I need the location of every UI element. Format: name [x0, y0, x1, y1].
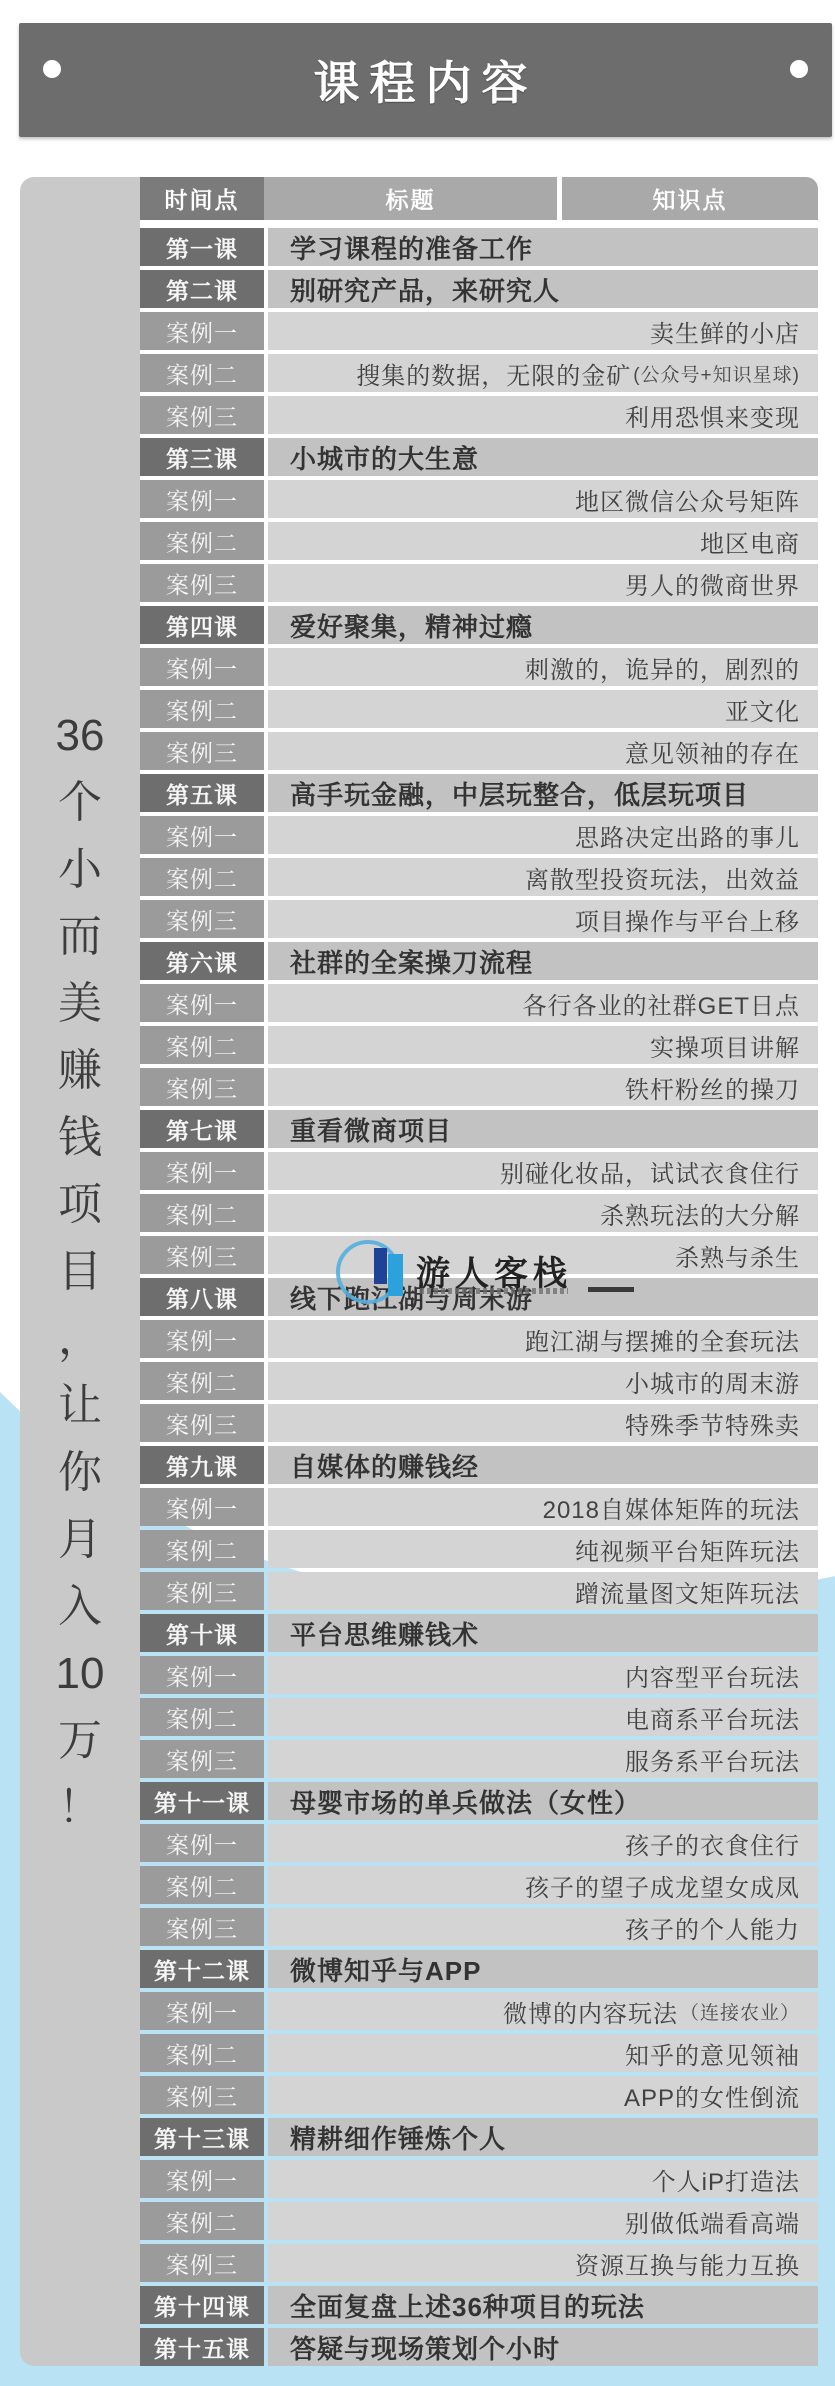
case-label: 案例三 [140, 2244, 264, 2282]
pin-hole-right-icon [790, 60, 808, 78]
lesson-title: 母婴市场的单兵做法（女性） [290, 1783, 641, 1820]
case-label: 案例一 [140, 816, 264, 854]
case-text: 孩子的衣食住行 [625, 1826, 800, 1861]
case-label: 案例一 [140, 1824, 264, 1862]
banner-title: 课程内容 [314, 47, 538, 113]
side-panel: 36个小而美赚钱项目，让你月入10万！ [20, 177, 140, 2366]
lesson-content-cell: 社群的全案操刀流程 [268, 942, 818, 980]
case-text: 地区微信公众号矩阵 [575, 482, 800, 517]
case-text: 资源互换与能力互换 [575, 2246, 800, 2281]
lesson-row: 第十课平台思维赚钱术 [140, 1614, 818, 1652]
lesson-row: 第二课别研究产品，来研究人 [140, 270, 818, 308]
side-text-char: 美 [58, 982, 102, 1026]
pin-hole-left-icon [43, 60, 61, 78]
case-row: 案例三铁杆粉丝的操刀 [140, 1068, 818, 1106]
case-row: 案例一别碰化妆品，试试衣食住行 [140, 1152, 818, 1190]
lesson-title: 社群的全案操刀流程 [290, 943, 533, 980]
case-row: 案例三特殊季节特殊卖 [140, 1404, 818, 1442]
case-text: 特殊季节特殊卖 [625, 1406, 800, 1441]
case-label: 案例一 [140, 1320, 264, 1358]
case-label: 案例二 [140, 858, 264, 896]
case-content-cell: 项目操作与平台上移 [268, 900, 818, 938]
side-text-char: 小 [58, 848, 102, 892]
lesson-label: 第六课 [140, 942, 264, 980]
case-text: 孩子的个人能力 [625, 1910, 800, 1945]
case-content-cell: 孩子的个人能力 [268, 1908, 818, 1946]
case-text: 知乎的意见领袖 [625, 2036, 800, 2071]
case-content-cell: 实操项目讲解 [268, 1026, 818, 1064]
case-label: 案例二 [140, 1194, 264, 1232]
lesson-label: 第十三课 [140, 2118, 264, 2156]
lesson-row: 第四课爱好聚集，精神过瘾 [140, 606, 818, 644]
case-row: 案例二小城市的周末游 [140, 1362, 818, 1400]
lesson-label: 第九课 [140, 1446, 264, 1484]
case-row: 案例三男人的微商世界 [140, 564, 818, 602]
case-label: 案例一 [140, 648, 264, 686]
case-text: 铁杆粉丝的操刀 [625, 1070, 800, 1105]
case-content-cell: 孩子的望子成龙望女成凤 [268, 1866, 818, 1904]
lesson-row: 第十五课答疑与现场策划个小时 [140, 2328, 818, 2366]
case-content-cell: 别做低端看高端 [268, 2202, 818, 2240]
lesson-row: 第十四课全面复盘上述36种项目的玩法 [140, 2286, 818, 2324]
case-content-cell: 知乎的意见领袖 [268, 2034, 818, 2072]
lesson-label: 第十五课 [140, 2328, 264, 2366]
case-label: 案例一 [140, 1152, 264, 1190]
case-label: 案例三 [140, 396, 264, 434]
case-label: 案例一 [140, 312, 264, 350]
lesson-content-cell: 母婴市场的单兵做法（女性） [268, 1782, 818, 1820]
case-content-cell: 卖生鲜的小店 [268, 312, 818, 350]
case-content-cell: 意见领袖的存在 [268, 732, 818, 770]
side-text-char: 你 [58, 1451, 102, 1495]
case-label: 案例二 [140, 690, 264, 728]
lesson-label: 第二课 [140, 270, 264, 308]
case-row: 案例一个人iP打造法 [140, 2160, 818, 2198]
case-content-cell: 纯视频平台矩阵玩法 [268, 1530, 818, 1568]
case-label: 案例三 [140, 732, 264, 770]
lesson-row: 第三课小城市的大生意 [140, 438, 818, 476]
case-content-cell: 各行各业的社群GET日点 [268, 984, 818, 1022]
case-label: 案例一 [140, 1488, 264, 1526]
lesson-title: 学习课程的准备工作 [290, 229, 533, 266]
case-content-cell: 地区电商 [268, 522, 818, 560]
case-label: 案例二 [140, 1026, 264, 1064]
case-content-cell: 电商系平台玩法 [268, 1698, 818, 1736]
lesson-title: 别研究产品，来研究人 [290, 271, 560, 308]
header-cell-time: 时间点 [140, 177, 264, 220]
case-row: 案例三资源互换与能力互换 [140, 2244, 818, 2282]
case-row: 案例一刺激的，诡异的，剧烈的 [140, 648, 818, 686]
case-row: 案例一地区微信公众号矩阵 [140, 480, 818, 518]
case-content-cell: 微博的内容玩法（连接农业） [268, 1992, 818, 2030]
case-row: 案例一内容型平台玩法 [140, 1656, 818, 1694]
case-content-cell: 男人的微商世界 [268, 564, 818, 602]
case-row: 案例二离散型投资玩法，出效益 [140, 858, 818, 896]
side-vertical-slogan: 36个小而美赚钱项目，让你月入10万！ [56, 714, 105, 1830]
side-text-char: 万 [58, 1719, 102, 1763]
case-row: 案例三蹭流量图文矩阵玩法 [140, 1572, 818, 1610]
case-content-cell: 铁杆粉丝的操刀 [268, 1068, 818, 1106]
case-label: 案例三 [140, 900, 264, 938]
case-row: 案例二纯视频平台矩阵玩法 [140, 1530, 818, 1568]
case-text: 离散型投资玩法，出效益 [525, 860, 800, 895]
case-text: 刺激的，诡异的，剧烈的 [525, 650, 800, 685]
case-label: 案例三 [140, 1740, 264, 1778]
lesson-content-cell: 爱好聚集，精神过瘾 [268, 606, 818, 644]
case-label: 案例二 [140, 1698, 264, 1736]
case-text: 卖生鲜的小店 [650, 314, 800, 349]
case-row: 案例一微博的内容玩法（连接农业） [140, 1992, 818, 2030]
lesson-content-cell: 全面复盘上述36种项目的玩法 [268, 2286, 818, 2324]
case-text: 纯视频平台矩阵玩法 [575, 1532, 800, 1567]
case-row: 案例二电商系平台玩法 [140, 1698, 818, 1736]
case-note: （连接农业） [680, 1998, 800, 2025]
case-text: 内容型平台玩法 [625, 1658, 800, 1693]
lesson-row: 第五课高手玩金融，中层玩整合，低层玩项目 [140, 774, 818, 812]
case-text: 实操项目讲解 [650, 1028, 800, 1063]
lesson-content-cell: 答疑与现场策划个小时 [268, 2328, 818, 2366]
case-content-cell: 特殊季节特殊卖 [268, 1404, 818, 1442]
case-text: 项目操作与平台上移 [575, 902, 800, 937]
case-text: 小城市的周末游 [625, 1364, 800, 1399]
lesson-label: 第八课 [140, 1278, 264, 1316]
case-content-cell: 杀熟玩法的大分解 [268, 1194, 818, 1232]
case-row: 案例一思路决定出路的事儿 [140, 816, 818, 854]
case-text: 2018自媒体矩阵的玩法 [543, 1490, 800, 1525]
case-label: 案例一 [140, 1656, 264, 1694]
case-content-cell: 亚文化 [268, 690, 818, 728]
case-content-cell: 离散型投资玩法，出效益 [268, 858, 818, 896]
case-text: 杀熟玩法的大分解 [600, 1196, 800, 1231]
case-label: 案例三 [140, 564, 264, 602]
lesson-row: 第七课重看微商项目 [140, 1110, 818, 1148]
side-text-char: 钱 [58, 1116, 102, 1160]
case-content-cell: 别碰化妆品，试试衣食住行 [268, 1152, 818, 1190]
case-text: 杀熟与杀生 [675, 1238, 800, 1273]
lesson-label: 第十一课 [140, 1782, 264, 1820]
lesson-row: 第一课学习课程的准备工作 [140, 228, 818, 266]
case-row: 案例二孩子的望子成龙望女成凤 [140, 1866, 818, 1904]
case-content-cell: 小城市的周末游 [268, 1362, 818, 1400]
lesson-title: 小城市的大生意 [290, 439, 479, 476]
watermark: 游人客栈 [330, 1238, 660, 1310]
case-content-cell: 跑江湖与摆摊的全套玩法 [268, 1320, 818, 1358]
side-text-char: 10 [56, 1652, 105, 1696]
case-row: 案例一跑江湖与摆摊的全套玩法 [140, 1320, 818, 1358]
lesson-row: 第六课社群的全案操刀流程 [140, 942, 818, 980]
side-text-char: 赚 [58, 1049, 102, 1093]
case-text: 利用恐惧来变现 [625, 398, 800, 433]
lesson-content-cell: 别研究产品，来研究人 [268, 270, 818, 308]
case-label: 案例一 [140, 2160, 264, 2198]
lesson-label: 第四课 [140, 606, 264, 644]
side-text-char: ！ [58, 1786, 102, 1830]
case-note: (公众号+知识星球) [633, 360, 800, 387]
side-text-char: 36 [56, 714, 105, 758]
case-row: 案例三服务系平台玩法 [140, 1740, 818, 1778]
case-text: 蹭流量图文矩阵玩法 [575, 1574, 800, 1609]
lesson-content-cell: 自媒体的赚钱经 [268, 1446, 818, 1484]
case-text: 电商系平台玩法 [625, 1700, 800, 1735]
header-cell-title: 标题 [264, 177, 557, 220]
side-text-char: 个 [58, 781, 102, 825]
case-text: 思路决定出路的事儿 [575, 818, 800, 853]
lesson-title: 重看微商项目 [290, 1111, 452, 1148]
watermark-logo-bar-dark-icon [374, 1248, 387, 1284]
case-label: 案例三 [140, 1404, 264, 1442]
case-row: 案例二搜集的数据，无限的金矿(公众号+知识星球) [140, 354, 818, 392]
lesson-title: 精耕细作锤炼个人 [290, 2119, 506, 2156]
lesson-title: 高手玩金融，中层玩整合，低层玩项目 [290, 775, 749, 812]
case-label: 案例二 [140, 2202, 264, 2240]
case-label: 案例一 [140, 984, 264, 1022]
case-row: 案例二地区电商 [140, 522, 818, 560]
case-content-cell: 2018自媒体矩阵的玩法 [268, 1488, 818, 1526]
case-row: 案例二别做低端看高端 [140, 2202, 818, 2240]
case-label: 案例二 [140, 1530, 264, 1568]
lesson-label: 第五课 [140, 774, 264, 812]
case-row: 案例三意见领袖的存在 [140, 732, 818, 770]
case-text: 个人iP打造法 [652, 2162, 800, 2197]
case-row: 案例三项目操作与平台上移 [140, 900, 818, 938]
case-text: 别做低端看高端 [625, 2204, 800, 2239]
case-label: 案例一 [140, 480, 264, 518]
case-label: 案例二 [140, 2034, 264, 2072]
lesson-content-cell: 微博知乎与APP [268, 1950, 818, 1988]
case-row: 案例一卖生鲜的小店 [140, 312, 818, 350]
case-text: 跑江湖与摆摊的全套玩法 [525, 1322, 800, 1357]
case-label: 案例三 [140, 1236, 264, 1274]
case-row: 案例二实操项目讲解 [140, 1026, 818, 1064]
lesson-content-cell: 平台思维赚钱术 [268, 1614, 818, 1652]
case-row: 案例二亚文化 [140, 690, 818, 728]
lesson-title: 全面复盘上述36种项目的玩法 [290, 2287, 645, 2324]
lesson-content-cell: 小城市的大生意 [268, 438, 818, 476]
case-text: 别碰化妆品，试试衣食住行 [500, 1154, 800, 1189]
case-text: 微博的内容玩法 [503, 1994, 678, 2029]
lesson-label: 第十课 [140, 1614, 264, 1652]
side-text-char: 入 [58, 1585, 102, 1629]
case-content-cell: APP的女性倒流 [268, 2076, 818, 2114]
case-label: 案例一 [140, 1992, 264, 2030]
case-content-cell: 孩子的衣食住行 [268, 1824, 818, 1862]
watermark-subtext [420, 1288, 568, 1294]
case-label: 案例三 [140, 2076, 264, 2114]
lesson-label: 第七课 [140, 1110, 264, 1148]
case-text: 地区电商 [700, 524, 800, 559]
lesson-row: 第十一课母婴市场的单兵做法（女性） [140, 1782, 818, 1820]
case-text: 孩子的望子成龙望女成凤 [525, 1868, 800, 1903]
case-row: 案例一各行各业的社群GET日点 [140, 984, 818, 1022]
case-text: 意见领袖的存在 [625, 734, 800, 769]
case-content-cell: 思路决定出路的事儿 [268, 816, 818, 854]
side-text-char: 让 [58, 1384, 102, 1428]
case-content-cell: 个人iP打造法 [268, 2160, 818, 2198]
case-text: 男人的微商世界 [625, 566, 800, 601]
case-text: 服务系平台玩法 [625, 1742, 800, 1777]
lesson-label: 第三课 [140, 438, 264, 476]
lesson-title: 答疑与现场策划个小时 [290, 2329, 560, 2366]
watermark-logo-bar-light-icon [388, 1254, 403, 1296]
case-content-cell: 地区微信公众号矩阵 [268, 480, 818, 518]
lesson-title: 爱好聚集，精神过瘾 [290, 607, 533, 644]
case-text: 各行各业的社群GET日点 [523, 986, 800, 1021]
case-text: 搜集的数据，无限的金矿 [356, 356, 631, 391]
case-row: 案例一孩子的衣食住行 [140, 1824, 818, 1862]
lesson-title: 自媒体的赚钱经 [290, 1447, 479, 1484]
side-text-char: 项 [58, 1183, 102, 1227]
case-label: 案例二 [140, 522, 264, 560]
case-text: APP的女性倒流 [624, 2078, 800, 2113]
case-row: 案例三孩子的个人能力 [140, 1908, 818, 1946]
lesson-label: 第十二课 [140, 1950, 264, 1988]
banner: 课程内容 [19, 23, 832, 137]
lesson-title: 平台思维赚钱术 [290, 1615, 479, 1652]
case-content-cell: 资源互换与能力互换 [268, 2244, 818, 2282]
lesson-label: 第十四课 [140, 2286, 264, 2324]
side-text-char: 月 [58, 1518, 102, 1562]
case-label: 案例三 [140, 1908, 264, 1946]
case-label: 案例二 [140, 1362, 264, 1400]
lesson-row: 第十三课精耕细作锤炼个人 [140, 2118, 818, 2156]
side-text-char: 目 [58, 1250, 102, 1294]
case-content-cell: 搜集的数据，无限的金矿(公众号+知识星球) [268, 354, 818, 392]
case-content-cell: 服务系平台玩法 [268, 1740, 818, 1778]
case-row: 案例二杀熟玩法的大分解 [140, 1194, 818, 1232]
lesson-content-cell: 学习课程的准备工作 [268, 228, 818, 266]
watermark-dash [588, 1287, 634, 1292]
lesson-row: 第十二课微博知乎与APP [140, 1950, 818, 1988]
header-cell-knowledge: 知识点 [562, 177, 818, 220]
lesson-row: 第九课自媒体的赚钱经 [140, 1446, 818, 1484]
case-label: 案例二 [140, 1866, 264, 1904]
case-content-cell: 内容型平台玩法 [268, 1656, 818, 1694]
case-text: 亚文化 [725, 692, 800, 727]
lesson-content-cell: 重看微商项目 [268, 1110, 818, 1148]
case-row: 案例一2018自媒体矩阵的玩法 [140, 1488, 818, 1526]
case-row: 案例三利用恐惧来变现 [140, 396, 818, 434]
course-content-poster: 课程内容 36个小而美赚钱项目，让你月入10万！ 时间点 标题 知识点 第一课学… [0, 0, 835, 2386]
case-content-cell: 刺激的，诡异的，剧烈的 [268, 648, 818, 686]
lesson-content-cell: 高手玩金融，中层玩整合，低层玩项目 [268, 774, 818, 812]
case-label: 案例三 [140, 1068, 264, 1106]
case-label: 案例三 [140, 1572, 264, 1610]
side-text-char: ， [58, 1317, 102, 1361]
case-row: 案例二知乎的意见领袖 [140, 2034, 818, 2072]
lesson-label: 第一课 [140, 228, 264, 266]
case-row: 案例三APP的女性倒流 [140, 2076, 818, 2114]
lesson-content-cell: 精耕细作锤炼个人 [268, 2118, 818, 2156]
side-text-char: 而 [58, 915, 102, 959]
case-label: 案例二 [140, 354, 264, 392]
case-content-cell: 利用恐惧来变现 [268, 396, 818, 434]
case-content-cell: 蹭流量图文矩阵玩法 [268, 1572, 818, 1610]
lesson-title: 微博知乎与APP [290, 1951, 481, 1988]
